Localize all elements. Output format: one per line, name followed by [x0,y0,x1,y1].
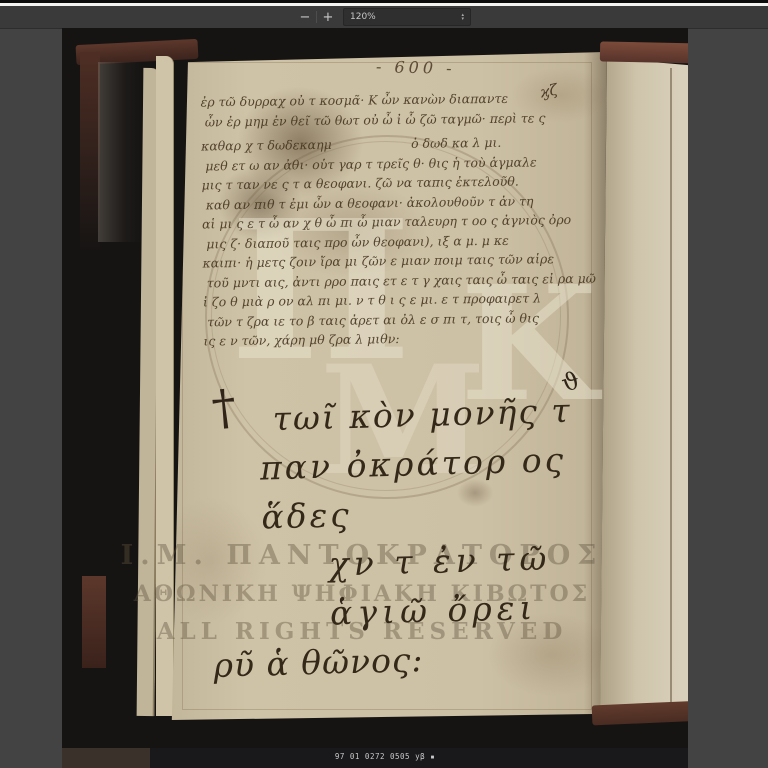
viewer-toolbar: − + 120% ▴ ▾ [0,6,768,29]
folio-number: - 600 - [376,57,456,78]
binding-shadow [98,62,142,242]
zoom-out-button[interactable]: − [296,9,314,26]
manuscript-text-line: ὦν ἐρ μημ ἐν θεῖ τῶ θωτ οὐ ὦ ἰ ὧ ζῶ ταγμ… [205,107,607,131]
zoom-in-button[interactable]: + [319,9,337,26]
ownership-note-block: τωῖ κὸν μονῆς τ παν ὀκράτορ ος ἅδες χν τ… [206,384,644,690]
page-stack-edge [156,56,174,716]
ownership-note-line: χν τ ἐν τῶ ἁγιῶ ὄρει [328,531,643,638]
next-image-preview [62,748,150,768]
book-cover-left-edge [80,52,100,252]
shelfmark-caption: 97 01 0272 0505 yβ ▪ [320,752,450,761]
zoom-controls: − + 120% ▴ ▾ [296,8,471,26]
stepper-icon[interactable]: ▴ ▾ [461,13,464,21]
manuscript-photo-canvas[interactable]: Π Κ Μ Ι.Μ. ΠΑΝΤΟΚΡΑΤΟΡΟΣ ΑΘΩΝΙΚΗ ΨΗΦΙΑΚΗ… [62,28,688,748]
zoom-level-value: 120% [350,12,376,22]
ownership-note-line: παν ὀκράτορ ος ἅδες [259,433,640,542]
manuscript-text-block: ἐρ τῶ δυρραχ οὐ τ κοσμᾶ· Κ ὦν κανὼν διαπ… [200,88,609,351]
stepper-down-icon: ▾ [461,17,464,21]
toolbar-separator [316,11,317,23]
leather-spine-head [600,41,688,64]
zoom-level-select[interactable]: 120% ▴ ▾ [343,8,471,26]
facing-page-crease [670,68,672,708]
